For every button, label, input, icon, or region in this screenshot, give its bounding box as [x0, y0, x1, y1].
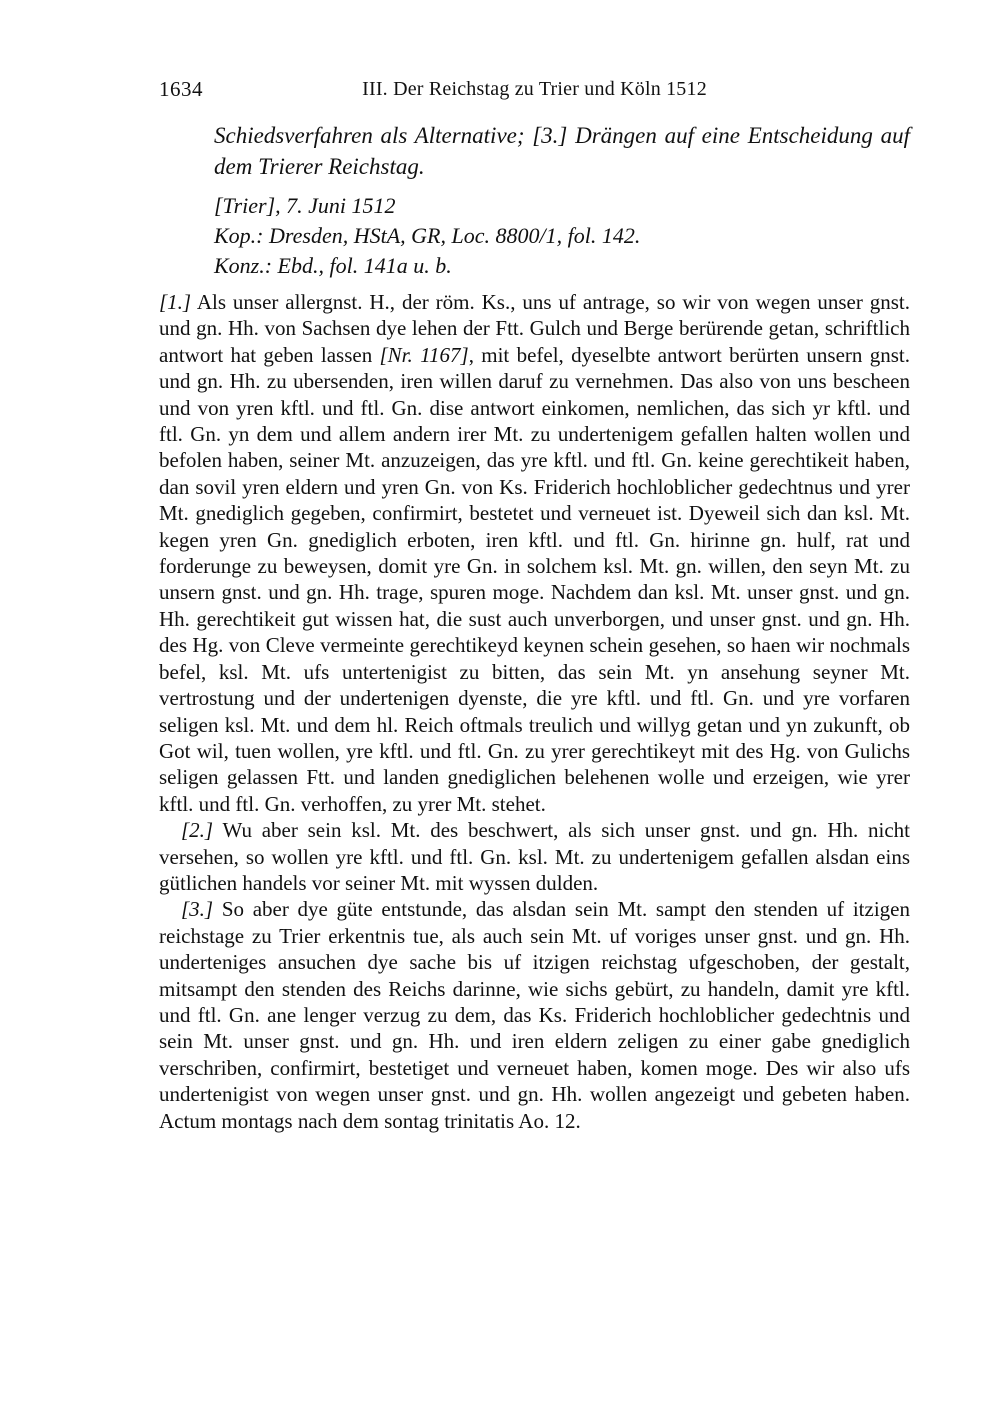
source-line-kop: Kop.: Dresden, HStA, GR, Loc. 8800/1, fo…: [214, 221, 910, 251]
book-page: 1634 III. Der Reichstag zu Trier und Köl…: [0, 0, 1004, 1418]
paragraph-marker-or-citation: [1.]: [159, 290, 191, 314]
paragraph-text: So aber dye güte entstunde, das alsdan s…: [159, 897, 910, 1132]
document-header: Schiedsverfahren als Alternative; [3.] D…: [159, 120, 910, 281]
document-date-line: [Trier], 7. Juni 1512: [214, 191, 910, 221]
paragraph-text: Wu aber sein ksl. Mt. des beschwert, als…: [159, 818, 910, 895]
paragraph-marker-or-citation: [Nr. 1167]: [380, 343, 469, 367]
running-head: III. Der Reichstag zu Trier und Köln 151…: [159, 76, 910, 102]
paragraph-marker-or-citation: [3.]: [181, 897, 213, 921]
body-paragraphs: [1.] Als unser allergnst. H., der röm. K…: [159, 289, 910, 1134]
masthead: 1634 III. Der Reichstag zu Trier und Köl…: [159, 76, 910, 102]
paragraph: [1.] Als unser allergnst. H., der röm. K…: [159, 289, 910, 817]
paragraph: [2.] Wu aber sein ksl. Mt. des beschwert…: [159, 817, 910, 896]
page-number: 1634: [159, 76, 203, 102]
paragraph: [3.] So aber dye güte entstunde, das als…: [159, 896, 910, 1134]
text-block: 1634 III. Der Reichstag zu Trier und Köl…: [159, 76, 910, 1134]
source-line-konz: Konz.: Ebd., fol. 141a u. b.: [214, 251, 910, 281]
paragraph-text: , mit befel, dyeselbte antwort berürten …: [159, 343, 910, 816]
document-title: Schiedsverfahren als Alternative; [3.] D…: [214, 120, 910, 182]
paragraph-marker-or-citation: [2.]: [181, 818, 213, 842]
